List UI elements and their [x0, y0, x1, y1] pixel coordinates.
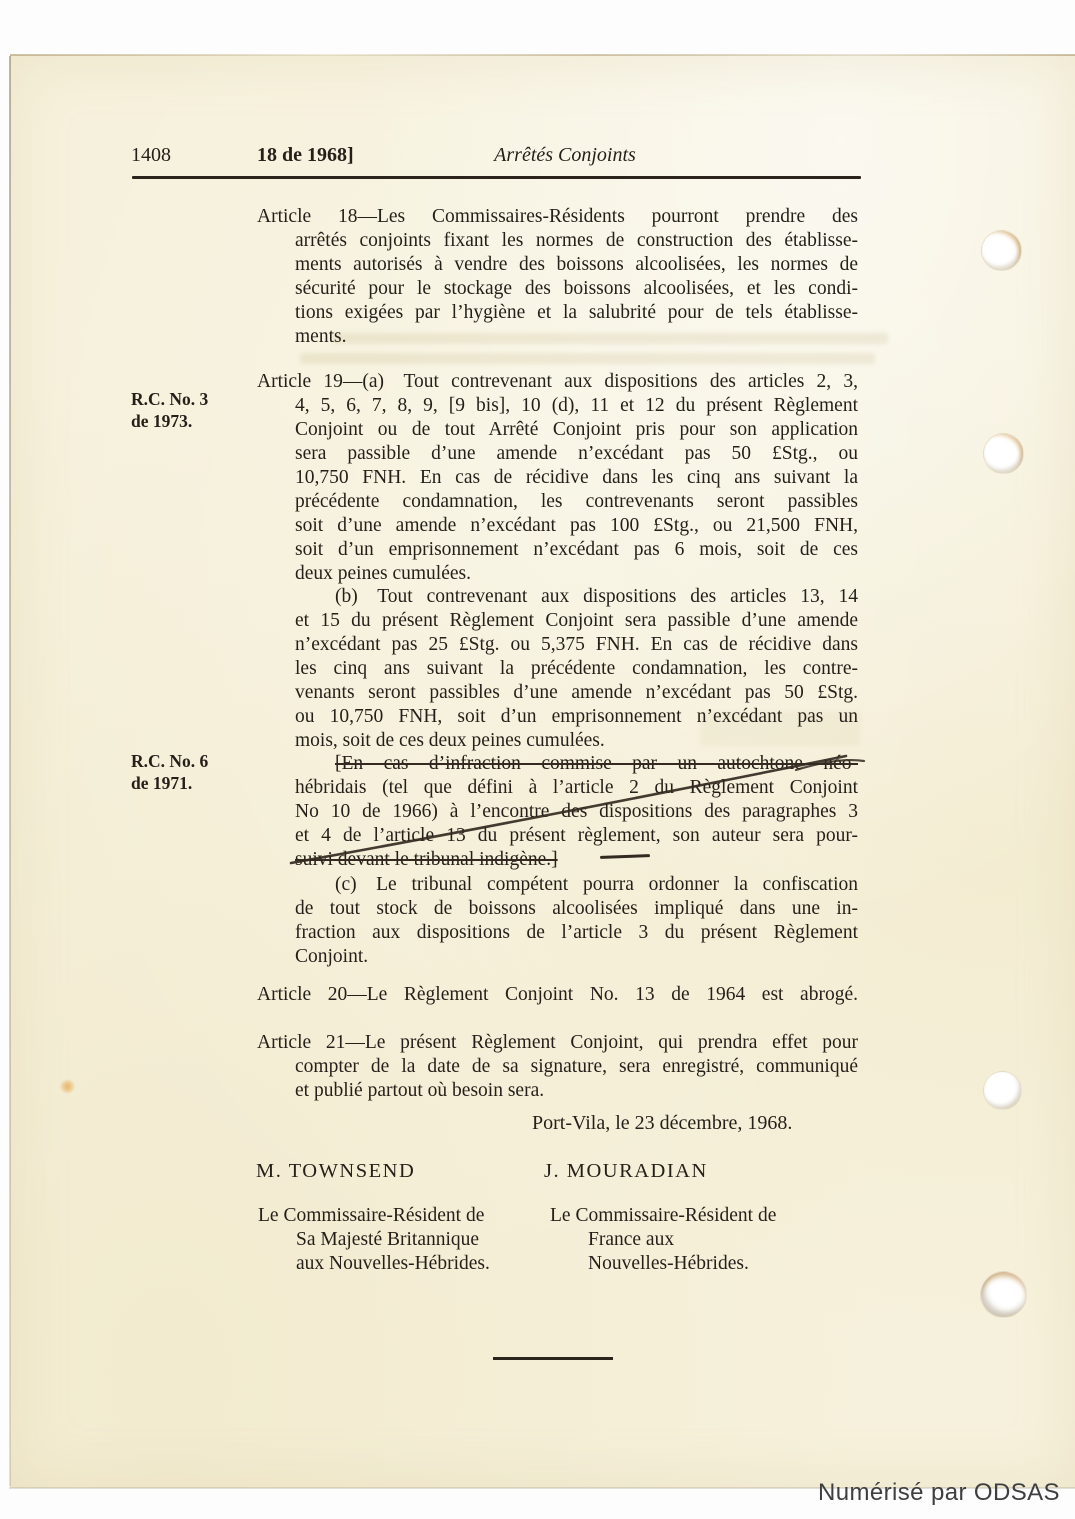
- punch-hole-bottom-2: [980, 1271, 1027, 1318]
- margin-note-rc3-1973: R.C. No. 3 de 1973.: [131, 388, 208, 432]
- dateline: Port-Vila, le 23 décembre, 1968.: [532, 1112, 792, 1135]
- article-19c-paragraph: (c) Le tribunal compétent pourra ordonne…: [295, 873, 858, 969]
- article-19b-line: (b) Tout contrevenant aux dispositions d…: [295, 585, 858, 609]
- signature-title-french: Le Commissaire-Résident de France aux No…: [550, 1204, 776, 1276]
- article-19c-line: de tout stock de boissons alcoolisées im…: [295, 897, 858, 921]
- scanned-document-page: 1408 18 de 1968] Arrêtés Conjoints R.C. …: [0, 0, 1075, 1519]
- signature-title-line: Nouvelles-Hébrides.: [550, 1252, 776, 1276]
- article-18-line: tions exigées par l’hygiène et la salubr…: [295, 301, 858, 325]
- article-19b-line: ou 10,750 FNH, soit d’un emprisonnement …: [295, 705, 858, 729]
- article-18-line: ments.: [295, 325, 858, 349]
- article-19a-line: soit d’un emprisonnement n’excédant pas …: [295, 538, 858, 562]
- article-20-line: Article 20—Le Règlement Conjoint No. 13 …: [295, 983, 858, 1007]
- header-rule: [132, 176, 861, 179]
- margin-note-line: de 1971.: [131, 772, 208, 794]
- article-19b-paragraph: (b) Tout contrevenant aux dispositions d…: [295, 585, 858, 753]
- article-21-line: et publié partout où besoin sera.: [295, 1079, 858, 1103]
- punch-hole-bottom-1: [983, 1071, 1022, 1110]
- article-21-line: compter de la date de sa signature, sera…: [295, 1055, 858, 1079]
- paper-stain: [60, 1080, 75, 1093]
- page-number: 1408: [131, 144, 171, 166]
- article-19c-line: Conjoint.: [295, 945, 858, 969]
- signature-title-british: Le Commissaire-Résident de Sa Majesté Br…: [258, 1204, 490, 1276]
- article-18-line: ments autorisés à vendre des boissons al…: [295, 253, 858, 277]
- article-19b-line: n’excédant pas 25 £Stg. ou 5,375 FNH. En…: [295, 633, 858, 657]
- article-19a-line: soit d’une amende n’excédant pas 100 £St…: [295, 514, 858, 538]
- signature-title-line: aux Nouvelles-Hébrides.: [258, 1252, 490, 1276]
- margin-note-rc6-1971: R.C. No. 6 de 1971.: [131, 750, 208, 794]
- struck-paragraph: [En cas d’infraction commise par un auto…: [295, 752, 858, 872]
- article-19a-line: 10,750 FNH. En cas de récidive dans les …: [295, 466, 858, 490]
- scan-credit: Numérisé par ODSAS: [818, 1479, 1060, 1507]
- end-rule: [493, 1357, 613, 1360]
- article-19a-paragraph: Article 19—(a) Tout contrevenant aux dis…: [295, 370, 858, 586]
- article-20-paragraph: Article 20—Le Règlement Conjoint No. 13 …: [295, 983, 858, 1007]
- ink-bleed-ghost: [300, 353, 875, 364]
- article-18-line: sécurité pour le stockage des boissons a…: [295, 277, 858, 301]
- article-19c-line: (c) Le tribunal compétent pourra ordonne…: [295, 873, 858, 897]
- article-19a-line: deux peines cumulées.: [295, 562, 858, 586]
- article-19a-line: Article 19—(a) Tout contrevenant aux dis…: [295, 370, 858, 394]
- article-19a-line: précédente condamnation, les contrevenan…: [295, 490, 858, 514]
- signature-title-line: Sa Majesté Britannique: [258, 1228, 490, 1252]
- signature-name-townsend: M. TOWNSEND: [256, 1160, 415, 1183]
- article-18-paragraph: Article 18—Les Commissaires-Résidents po…: [295, 205, 858, 349]
- margin-note-line: R.C. No. 6: [131, 750, 208, 772]
- struck-paragraph-line: No 10 de 1966) à l’encontre des disposit…: [295, 800, 858, 824]
- punch-hole-top-2: [983, 433, 1024, 474]
- article-18-line: arrêtés conjoints fixant les normes de c…: [295, 229, 858, 253]
- article-19a-line: sera passible d’une amende n’excédant pa…: [295, 442, 858, 466]
- punch-hole-top-1: [981, 230, 1022, 271]
- paper-top-edge: [10, 54, 1075, 56]
- article-21-paragraph: Article 21—Le présent Règlement Conjoint…: [295, 1031, 858, 1103]
- article-19a-line: 4, 5, 6, 7, 8, 9, [9 bis], 10 (d), 11 et…: [295, 394, 858, 418]
- article-19c-line: fraction aux dispositions de l’article 3…: [295, 921, 858, 945]
- article-18-line: Article 18—Les Commissaires-Résidents po…: [295, 205, 858, 229]
- article-19b-line: et 15 du présent Règlement Conjoint sera…: [295, 609, 858, 633]
- article-19b-line: mois, soit de ces deux peines cumulées.: [295, 729, 858, 753]
- signature-title-line: Le Commissaire-Résident de: [258, 1204, 490, 1228]
- signature-title-line: France aux: [550, 1228, 776, 1252]
- struck-paragraph-line: suivi devant le tribunal indigène.]: [295, 848, 858, 872]
- article-19b-line: les cinq ans suivant la précédente conda…: [295, 657, 858, 681]
- article-19a-line: Conjoint ou de tout Arrêté Conjoint pris…: [295, 418, 858, 442]
- paper-left-edge: [9, 56, 11, 1486]
- article-21-line: Article 21—Le présent Règlement Conjoint…: [295, 1031, 858, 1055]
- header-title: Arrêtés Conjoints: [400, 144, 730, 166]
- margin-note-line: R.C. No. 3: [131, 388, 208, 410]
- header-reference: 18 de 1968]: [257, 144, 354, 166]
- signature-name-mouradian: J. MOURADIAN: [544, 1160, 708, 1183]
- margin-note-line: de 1973.: [131, 410, 208, 432]
- signature-title-line: Le Commissaire-Résident de: [550, 1204, 776, 1228]
- struck-paragraph-line: [En cas d’infraction commise par un auto…: [295, 752, 858, 776]
- struck-paragraph-line: hébridais (tel que défini à l’article 2 …: [295, 776, 858, 800]
- article-19b-line: venants seront passibles d’une amende n’…: [295, 681, 858, 705]
- struck-paragraph-line: et 4 de l’article 13 du présent règlemen…: [295, 824, 858, 848]
